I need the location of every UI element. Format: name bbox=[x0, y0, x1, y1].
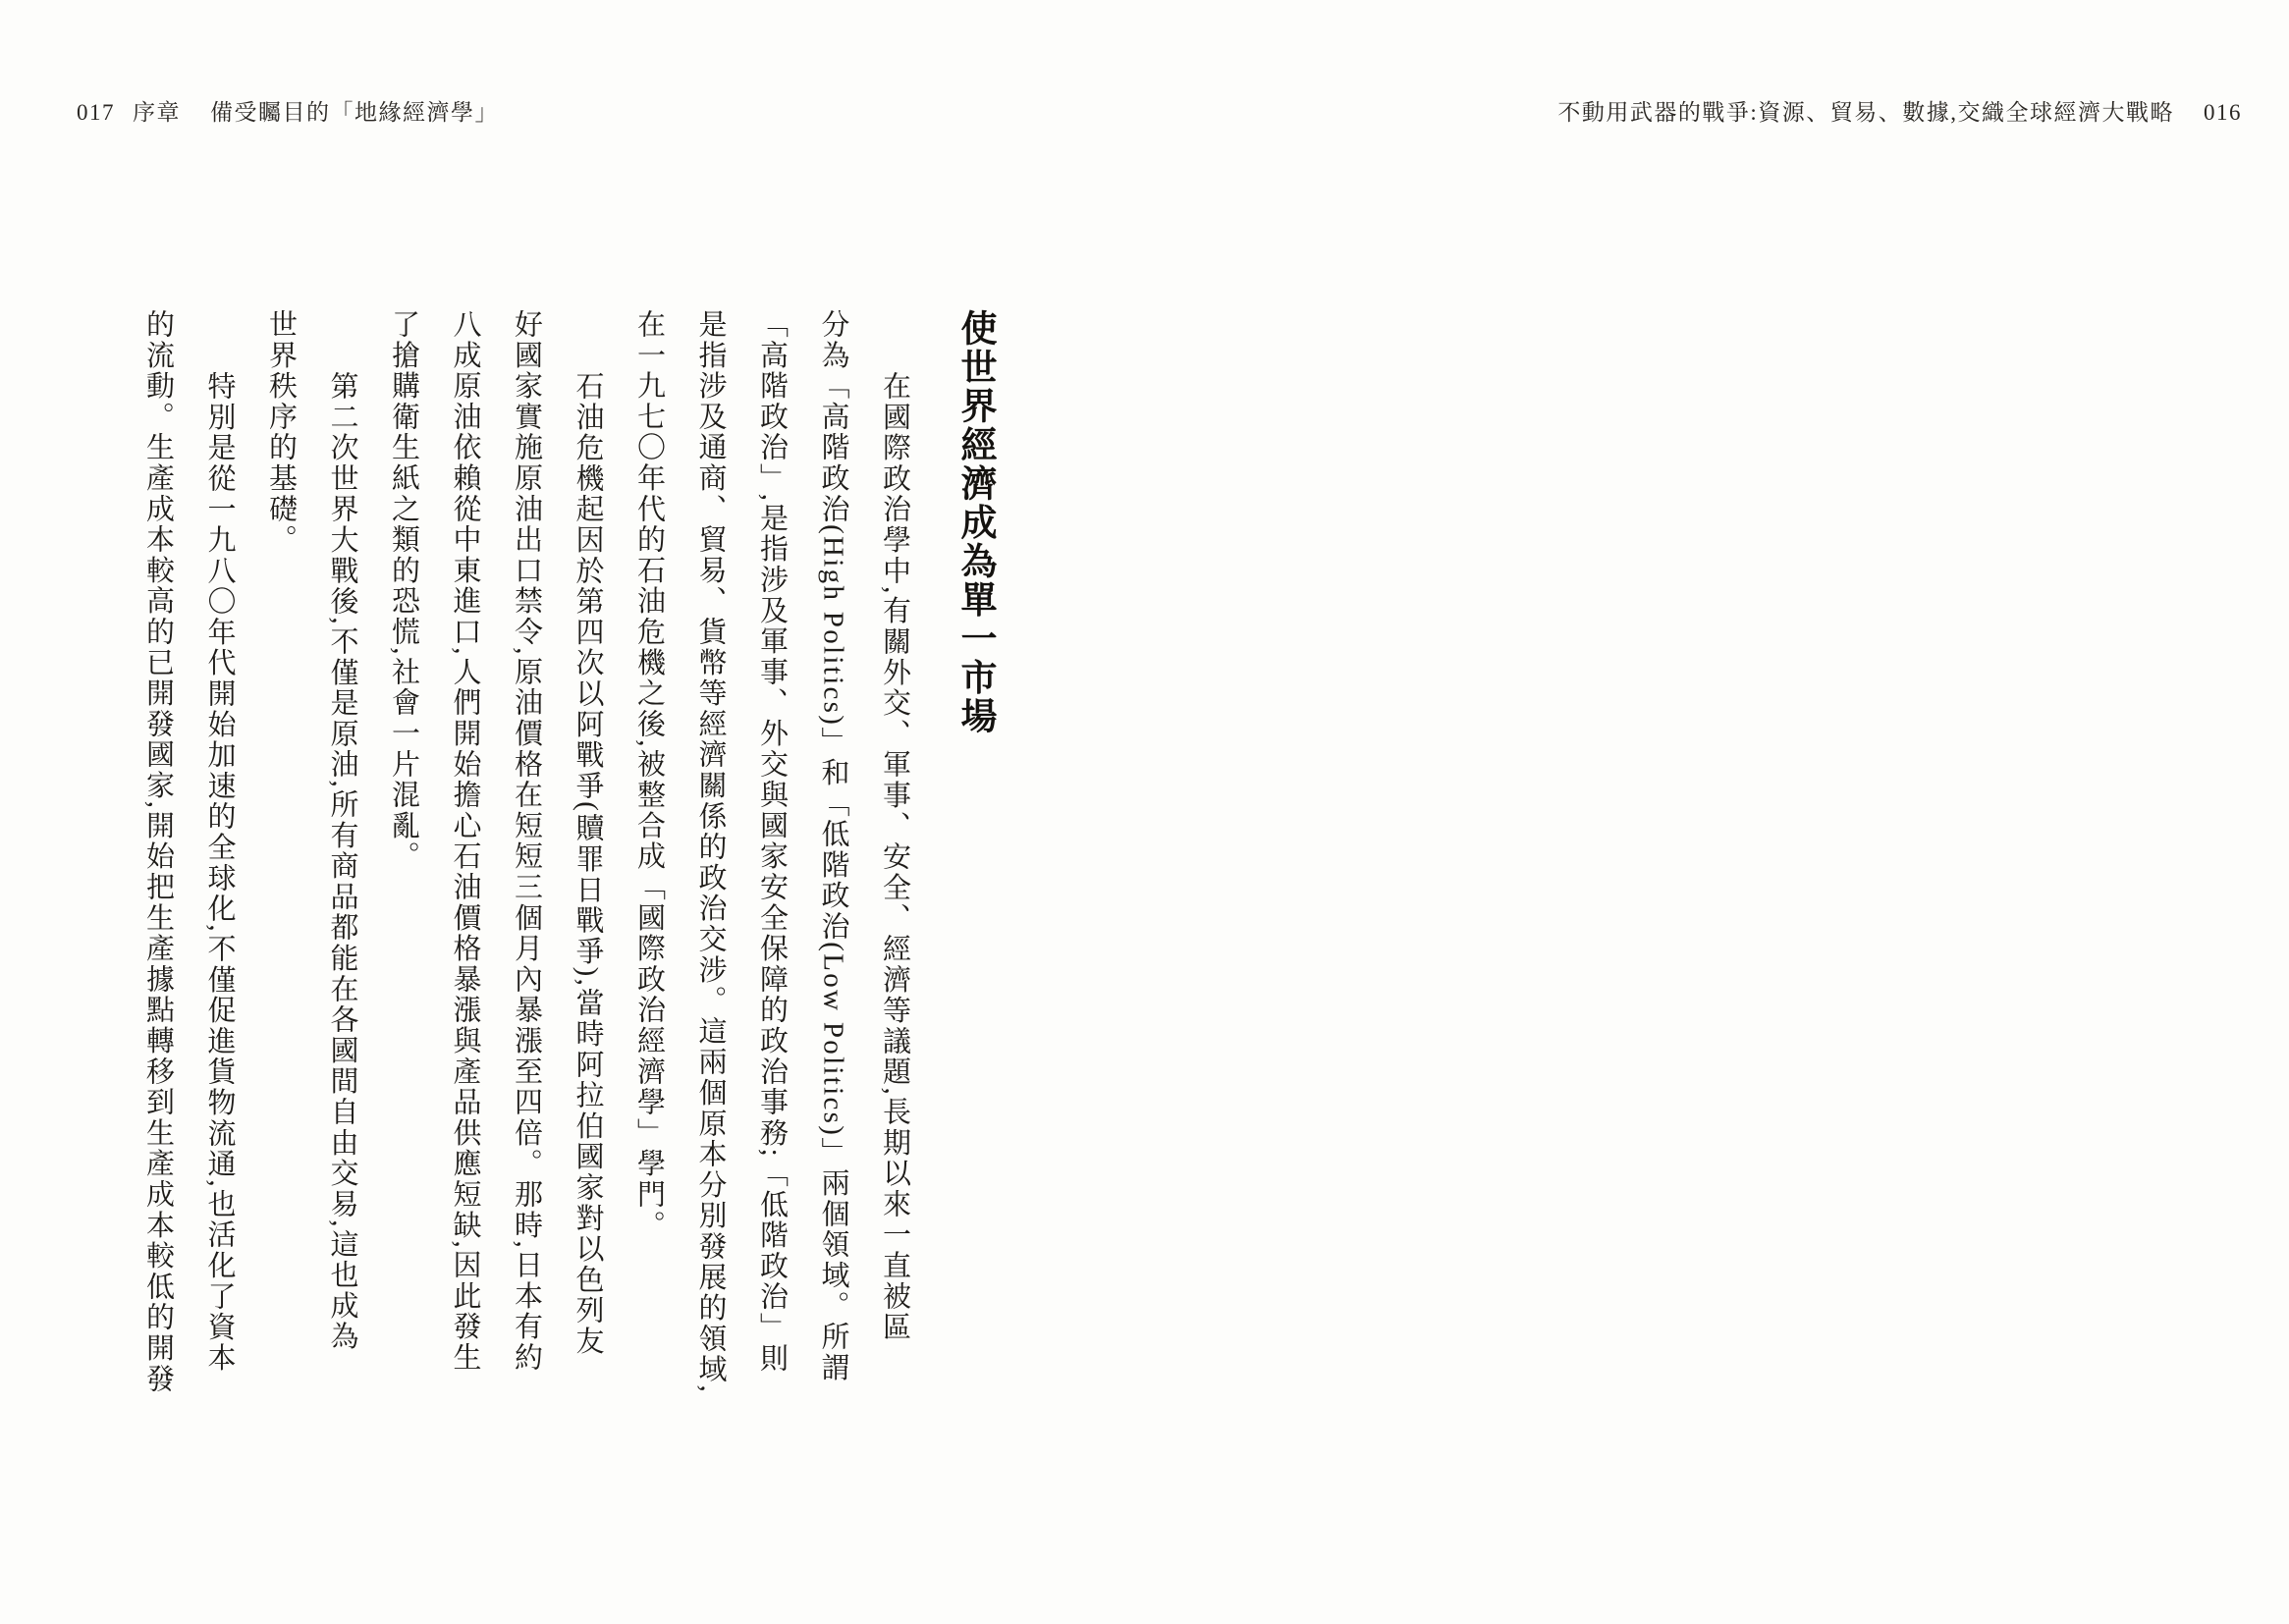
text-column-5: 在一九七〇年代的石油危機之後,被整合成「國際政治經濟學」學門。 bbox=[619, 309, 681, 1438]
text-column-12: 特別是從一九八〇年代開始加速的全球化,不僅促進貨物流通,也活化了資本 bbox=[189, 309, 250, 1438]
text-column-3: 「高階政治」,是指涉及軍事、外交與國家安全保障的政治事務;「低階政治」則 bbox=[741, 309, 803, 1438]
running-head-left: 017序章備受矚目的「地緣經濟學」 bbox=[77, 94, 499, 127]
text-column-13: 的流動。生產成本較高的已開發國家,開始把生產據點轉移到生產成本較低的開發 bbox=[128, 309, 190, 1438]
text-column-1: 在國際政治學中,有關外交、軍事、安全、經濟等議題,長期以來一直被區 bbox=[864, 309, 926, 1438]
text-column-4: 是指涉及通商、貿易、貨幣等經濟關係的政治交涉。這兩個原本分別發展的領域, bbox=[680, 309, 741, 1438]
chapter-title: 備受矚目的「地緣經濟學」 bbox=[210, 100, 499, 125]
text-column-10: 第二次世界大戰後,不僅是原油,所有商品都能在各國間自由交易,這也成為 bbox=[311, 309, 373, 1438]
book-title: 不動用武器的戰爭:資源、貿易、數據,交織全球經濟大戰略 bbox=[1557, 100, 2174, 125]
text-column-11: 世界秩序的基礎。 bbox=[250, 309, 312, 1438]
section-title: 使世界經濟成為單一市場 bbox=[954, 309, 994, 1438]
chapter-label: 序章 bbox=[133, 100, 181, 125]
text-column-7: 好國家實施原油出口禁令,原油價格在短短三個月內暴漲至四倍。那時,日本有約 bbox=[496, 309, 558, 1438]
text-column-9: 了搶購衛生紙之類的恐慌,社會一片混亂。 bbox=[373, 309, 435, 1438]
text-column-2: 分為「高階政治(High Politics)」和「低階政治(Low Politi… bbox=[802, 309, 864, 1438]
left-page-number: 017 bbox=[77, 100, 115, 125]
running-head-right: 不動用武器的戰爭:資源、貿易、數據,交織全球經濟大戰略016 bbox=[1557, 94, 2242, 127]
body-text-block: 使世界經濟成為單一市場 在國際政治學中,有關外交、軍事、安全、經濟等議題,長期以… bbox=[128, 309, 995, 1438]
text-column-8: 八成原油依賴從中東進口,人們開始擔心石油價格暴漲與產品供應短缺,因此發生 bbox=[434, 309, 496, 1438]
right-page-number: 016 bbox=[2204, 100, 2242, 125]
book-spread: 017序章備受矚目的「地緣經濟學」 不動用武器的戰爭:資源、貿易、數據,交織全球… bbox=[0, 0, 2289, 1624]
text-column-6: 石油危機起因於第四次以阿戰爭(贖罪日戰爭),當時阿拉伯國家對以色列友 bbox=[557, 309, 619, 1438]
